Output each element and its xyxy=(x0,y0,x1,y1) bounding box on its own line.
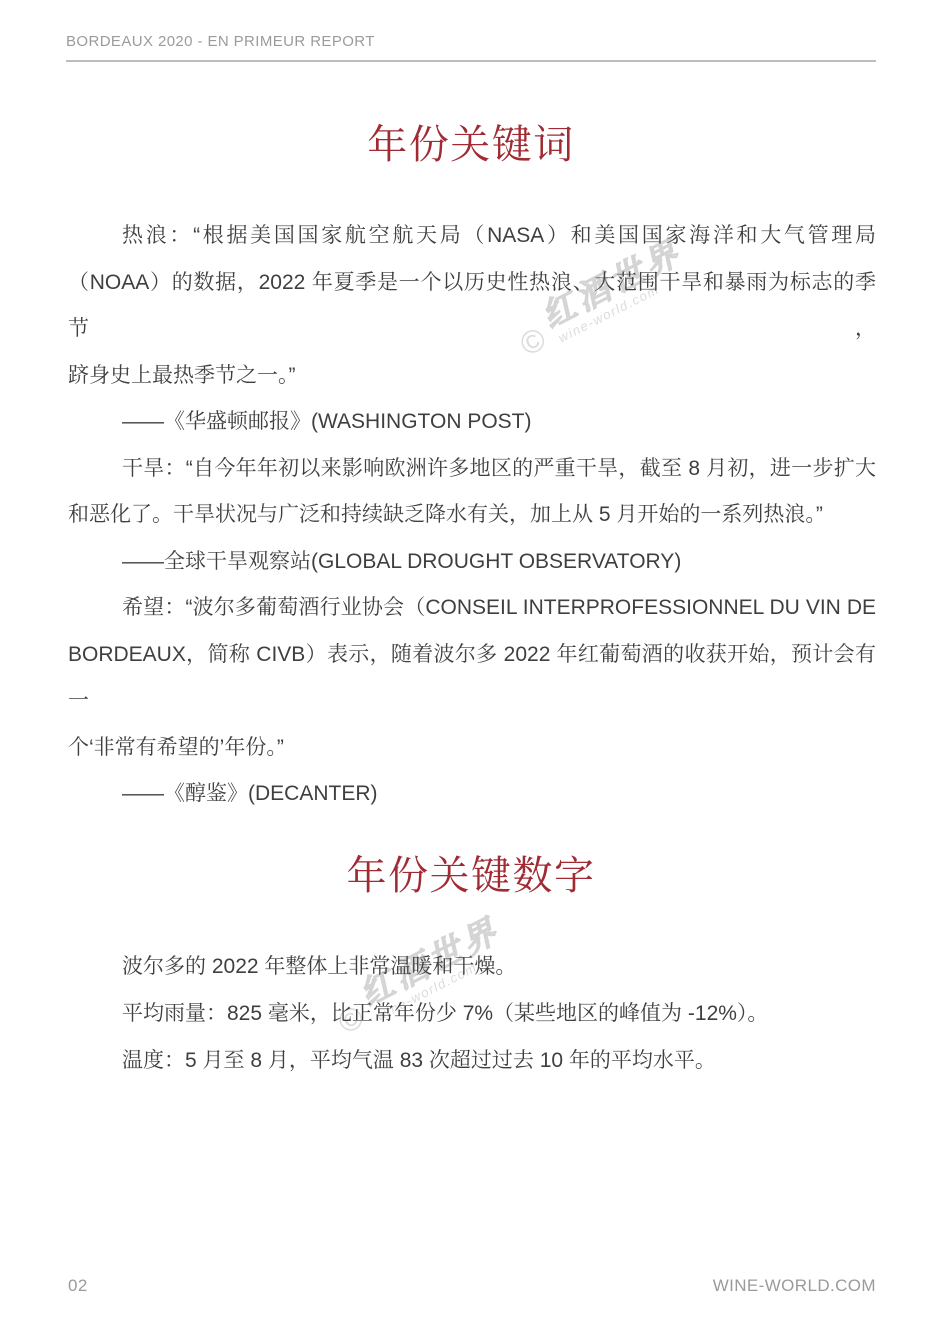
report-header-title: BORDEAUX 2020 - EN PRIMEUR REPORT xyxy=(66,33,375,50)
paragraph-line: BORDEAUX，简称 CIVB）表示，随着波尔多 2022 年红葡萄酒的收获开… xyxy=(68,632,876,725)
section-title-numbers: 年份关键数字 xyxy=(0,852,942,900)
paragraph-line: 温度：5 月至 8 月，平均气温 83 次超过过去 10 年的平均水平。 xyxy=(68,1037,876,1084)
paragraph-line: 波尔多的 2022 年整体上非常温暖和干燥。 xyxy=(68,943,876,990)
section-title-keywords: 年份关键词 xyxy=(0,121,942,169)
attribution-line: ——全球干旱观察站(GLOBAL DROUGHT OBSERVATORY) xyxy=(68,539,876,586)
paragraph-line: （NOAA）的数据，2022 年夏季是一个以历史性热浪、大范围干旱和暴雨为标志的… xyxy=(68,260,876,353)
page-number: 02 xyxy=(68,1276,88,1296)
paragraph-line: 热浪：“根据美国国家航空航天局（NASA）和美国国家海洋和大气管理局 xyxy=(68,213,876,260)
attribution-line: ——《醇鉴》(DECANTER) xyxy=(68,771,876,818)
paragraph-line: 希望：“波尔多葡萄酒行业协会（CONSEIL INTERPROFESSIONNE… xyxy=(68,585,876,632)
paragraph-line: 跻身史上最热季节之一。” xyxy=(68,353,876,400)
attribution-line: ——《华盛顿邮报》(WASHINGTON POST) xyxy=(68,399,876,446)
report-header: BORDEAUX 2020 - EN PRIMEUR REPORT xyxy=(66,33,876,62)
paragraph-line: 平均雨量：825 毫米，比正常年份少 7%（某些地区的峰值为 -12%）。 xyxy=(68,990,876,1037)
report-footer: 02 WINE-WORLD.COM xyxy=(68,1276,876,1296)
paragraph-line: 和恶化了。干旱状况与广泛和持续缺乏降水有关，加上从 5 月开始的一系列热浪。” xyxy=(68,492,876,539)
site-url: WINE-WORLD.COM xyxy=(713,1276,876,1296)
paragraph-line: 个‘非常有希望的’年份。” xyxy=(68,725,876,772)
paragraph-line: 干旱：“自今年年初以来影响欧洲许多地区的严重干旱，截至 8 月初，进一步扩大 xyxy=(68,446,876,493)
section-numbers-body: 波尔多的 2022 年整体上非常温暖和干燥。 平均雨量：825 毫米，比正常年份… xyxy=(68,943,876,1084)
report-page: BORDEAUX 2020 - EN PRIMEUR REPORT 年份关键词 … xyxy=(0,0,942,1332)
section-keywords-body: 热浪：“根据美国国家航空航天局（NASA）和美国国家海洋和大气管理局 （NOAA… xyxy=(68,213,876,818)
